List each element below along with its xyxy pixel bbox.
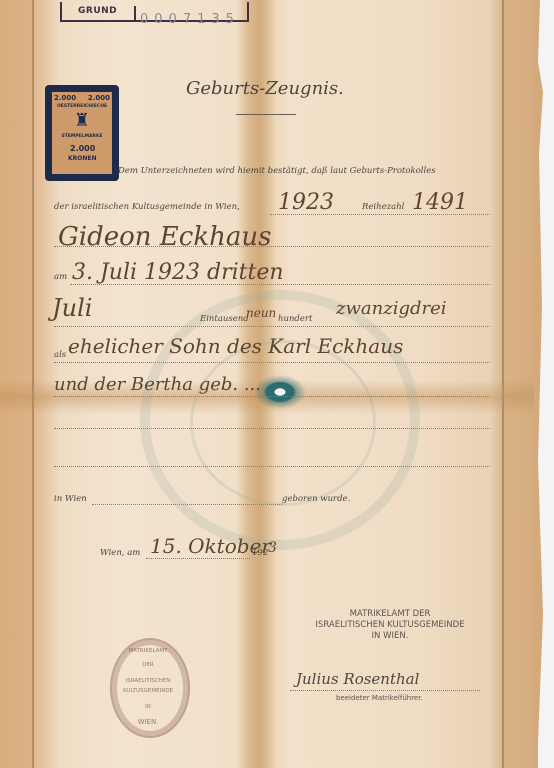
stamp-currency: KRONEN (68, 155, 97, 162)
oval-stamp-line-5: IN (110, 704, 186, 710)
thousand-label: Eintausend (200, 314, 249, 324)
office-line-1: MATRIKELAMT DER (310, 609, 470, 620)
child-name: Gideon Eckhaus (58, 222, 271, 252)
issuing-office: MATRIKELAMT DER ISRAELITISCHEN KULTUSGEM… (310, 609, 470, 642)
dotted-line (54, 396, 490, 397)
year-words: zwanzigdrei (336, 298, 447, 319)
birthplace-suffix: geboren wurde. (282, 494, 350, 504)
dotted-line (92, 504, 282, 505)
hundred-label: hundert (278, 314, 312, 324)
dotted-line (146, 558, 250, 559)
issue-year-hand: 3 (268, 540, 277, 556)
issue-date-prefix: Wien, am (100, 548, 140, 558)
office-line-2: ISRAELITISCHEN KULTUSGEMEINDE (310, 620, 470, 631)
dotted-line (54, 466, 490, 467)
as-prefix: als (54, 350, 66, 360)
parent-father: ehelicher Sohn des Karl Eckhaus (68, 334, 403, 358)
register-number-label: Reihezahl (362, 202, 404, 212)
reference-divider (134, 6, 136, 20)
nine-handwritten: neun (246, 306, 276, 320)
title-rule (236, 114, 296, 115)
dotted-line (54, 362, 490, 363)
stamp-arc-bottom: STEMPELMARKE (54, 134, 110, 139)
oval-stamp-line-4: KULTUSGEMEINDE (110, 688, 186, 694)
issue-year-print: 192 (252, 548, 268, 558)
stamp-value-center: 2.000 (70, 144, 95, 153)
reference-number: 0007135 (140, 12, 240, 27)
dotted-line (54, 428, 490, 429)
oval-stamp-line-1: MATRIKELAMT (110, 648, 186, 654)
watermark-seal-inner (190, 340, 376, 506)
community-line: der israelitischen Kultusgemeinde in Wie… (54, 202, 240, 212)
dotted-line (270, 214, 490, 215)
stamp-value-top-left: 2.000 (54, 94, 76, 102)
register-year: 1923 (278, 190, 334, 215)
birth-certificate-sheet: GRUND 0007135 Geburts-Zeugnis. 2.000 2.0… (0, 0, 538, 768)
revenue-stamp: 2.000 2.000 OESTERREICHISCHE ♜ STEMPELMA… (47, 87, 117, 179)
registrar-signature: Julius Rosenthal (296, 670, 419, 688)
document-title: Geburts-Zeugnis. (186, 78, 344, 99)
birthplace-prefix: in Wien (54, 494, 87, 504)
date-prefix: am (54, 272, 67, 282)
dotted-line (54, 246, 490, 247)
stamp-value-top-right: 2.000 (88, 94, 110, 102)
birth-month: Juli (52, 294, 92, 322)
dotted-line (54, 326, 490, 327)
intro-line: Dem Unterzeichneten wird hiemit bestätig… (118, 166, 436, 176)
stamp-arc-top: OESTERREICHISCHE (54, 104, 110, 109)
office-line-3: IN WIEN. (310, 631, 470, 642)
oval-stamp-line-6: WIEN. (110, 718, 186, 726)
oval-stamp-line-2: DER (110, 662, 186, 668)
revenue-stamp-face: 2.000 2.000 OESTERREICHISCHE ♜ STEMPELMA… (52, 92, 112, 174)
signature-caption: beeideter Matrikelführer. (336, 694, 423, 702)
register-number: 1491 (412, 190, 468, 215)
signature-line (290, 690, 480, 691)
reference-label: GRUND (78, 6, 117, 16)
birth-date: 3. Juli 1923 dritten (72, 260, 284, 285)
oval-stamp-line-3: ISRAELITISCHEN (110, 678, 186, 684)
dotted-line (70, 284, 490, 285)
eagle-icon: ♜ (72, 110, 92, 132)
parent-mother: und der Bertha geb. ... (54, 374, 261, 395)
